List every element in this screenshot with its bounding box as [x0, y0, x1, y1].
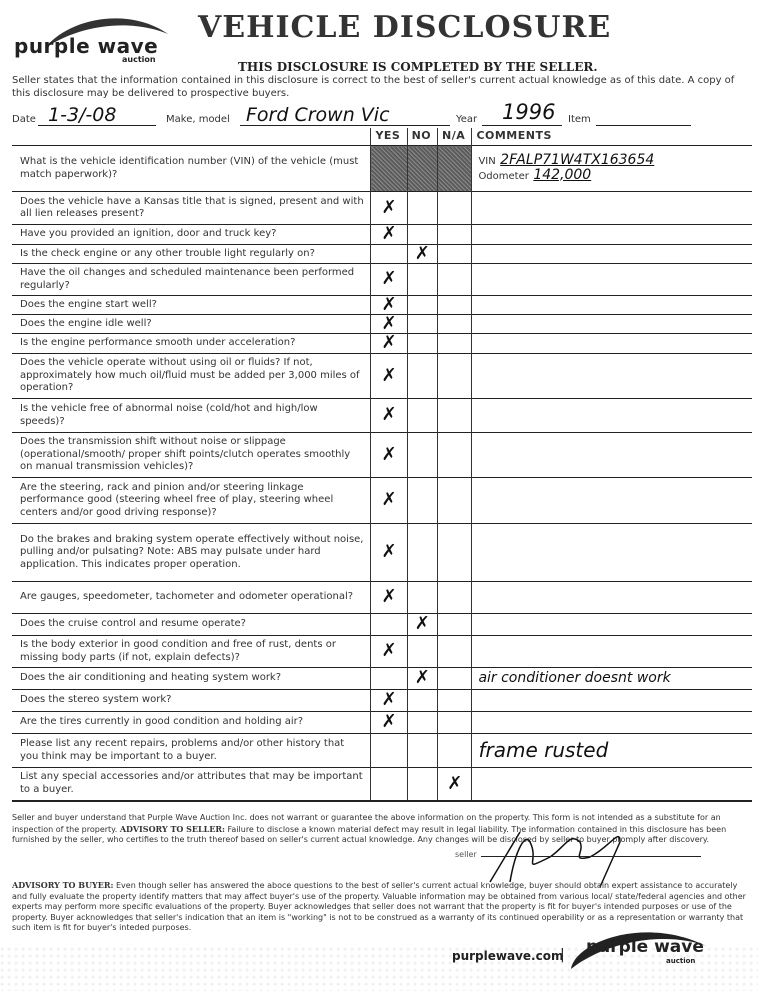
table-row: Does the engine idle well?✗ [12, 315, 752, 334]
date-field[interactable]: 1-3/-08 [48, 104, 116, 126]
make-model-field[interactable]: Ford Crown Vic [246, 104, 390, 126]
vehicle-fields: Date 1-3/-08 Make, model Ford Crown Vic … [12, 106, 752, 126]
item-underline [596, 125, 691, 126]
no-checkbox[interactable] [407, 192, 437, 225]
no-header: NO [407, 128, 437, 146]
table-row: Have the oil changes and scheduled maint… [12, 264, 752, 296]
comment-field[interactable] [472, 334, 752, 354]
comment-field[interactable] [472, 614, 752, 636]
year-label: Year [456, 114, 477, 125]
question-text: Does the engine idle well? [12, 315, 371, 334]
question-header [12, 128, 371, 146]
comment-field[interactable] [472, 768, 752, 801]
no-checkbox[interactable] [407, 712, 437, 734]
na-checkbox[interactable] [438, 192, 472, 225]
yes-checkbox[interactable]: ✗ [371, 433, 407, 478]
question-text: Does the stereo system work? [12, 690, 371, 712]
yes-checkbox[interactable]: ✗ [371, 296, 407, 315]
yes-checkbox[interactable]: ✗ [371, 582, 407, 614]
no-checkbox[interactable] [407, 524, 437, 582]
table-row: Does the transmission shift without nois… [12, 433, 752, 478]
vin-row: What is the vehicle identification numbe… [12, 146, 752, 192]
table-row: Does the vehicle operate without using o… [12, 354, 752, 399]
footer-logo-brand: purple wave [586, 937, 704, 957]
yes-checkbox[interactable] [371, 245, 407, 264]
page-title: VEHICLE DISCLOSURE [198, 10, 611, 45]
comment-field[interactable] [472, 315, 752, 334]
na-checkbox[interactable] [438, 433, 472, 478]
vin-label: VIN [478, 156, 495, 167]
question-text: List any special accessories and/or attr… [12, 768, 371, 801]
date-label: Date [12, 114, 36, 125]
yes-checkbox[interactable]: ✗ [371, 334, 407, 354]
yes-checkbox[interactable]: ✗ [371, 399, 407, 433]
odometer-label: Odometer [478, 171, 528, 182]
table-row: Does the stereo system work?✗ [12, 690, 752, 712]
question-text: Does the engine start well? [12, 296, 371, 315]
signature-underline [481, 856, 701, 857]
yes-checkbox[interactable]: ✗ [371, 264, 407, 296]
na-checkbox[interactable] [438, 712, 472, 734]
question-text: Please list any recent repairs, problems… [12, 734, 371, 768]
yes-checkbox[interactable]: ✗ [371, 478, 407, 524]
yes-checkbox[interactable]: ✗ [371, 225, 407, 245]
comment-field[interactable] [472, 192, 752, 225]
item-label: Item [568, 114, 591, 125]
make-model-label: Make, model [166, 114, 230, 125]
na-header: N/A [438, 128, 472, 146]
comment-field[interactable] [472, 690, 752, 712]
logo-sub: auction [122, 55, 156, 64]
question-text: Have the oil changes and scheduled maint… [12, 264, 371, 296]
no-checkbox[interactable] [407, 734, 437, 768]
buyer-advisory-label: ADVISORY TO BUYER: [12, 880, 113, 890]
year-underline [482, 125, 562, 126]
na-checkbox[interactable] [438, 668, 472, 690]
question-text: Does the vehicle have a Kansas title tha… [12, 192, 371, 225]
comment-field[interactable]: frame rusted [472, 734, 752, 768]
table-row: Are gauges, speedometer, tachometer and … [12, 582, 752, 614]
na-checkbox[interactable] [438, 315, 472, 334]
footer: purplewave.com | purple wave auction [0, 945, 758, 991]
comment-field[interactable] [472, 478, 752, 524]
na-checkbox[interactable] [438, 582, 472, 614]
na-checkbox[interactable] [438, 264, 472, 296]
comments-header: COMMENTS [472, 128, 752, 146]
table-header-row: YES NO N/A COMMENTS [12, 128, 752, 146]
yes-checkbox[interactable] [371, 668, 407, 690]
yes-checkbox[interactable]: ✗ [371, 712, 407, 734]
vin-comments: VIN 2FALP71W4TX163654 Odometer 142,000 [472, 146, 752, 192]
comment-field[interactable] [472, 636, 752, 668]
question-text: Is the check engine or any other trouble… [12, 245, 371, 264]
yes-checkbox[interactable] [371, 614, 407, 636]
comment-field[interactable] [472, 296, 752, 315]
comment-field[interactable] [472, 712, 752, 734]
no-checkbox[interactable] [407, 264, 437, 296]
question-text: Are the tires currently in good conditio… [12, 712, 371, 734]
yes-checkbox[interactable] [371, 734, 407, 768]
question-text: Does the cruise control and resume opera… [12, 614, 371, 636]
question-text: Is the body exterior in good condition a… [12, 636, 371, 668]
table-row: Have you provided an ignition, door and … [12, 225, 752, 245]
vin-yes-shaded [371, 146, 407, 192]
footer-logo: purple wave auction [566, 921, 716, 981]
question-text: Does the vehicle operate without using o… [12, 354, 371, 399]
no-checkbox[interactable] [407, 296, 437, 315]
question-text: Do the brakes and braking system operate… [12, 524, 371, 582]
no-checkbox[interactable] [407, 478, 437, 524]
no-checkbox[interactable] [407, 354, 437, 399]
no-checkbox[interactable]: ✗ [407, 245, 437, 264]
na-checkbox[interactable] [438, 524, 472, 582]
table-row: Are the steering, rack and pinion and/or… [12, 478, 752, 524]
question-text: Are gauges, speedometer, tachometer and … [12, 582, 371, 614]
table-row: Are the tires currently in good conditio… [12, 712, 752, 734]
no-checkbox[interactable] [407, 636, 437, 668]
yes-checkbox[interactable]: ✗ [371, 636, 407, 668]
vin-na-shaded [438, 146, 472, 192]
seller-label: seller [455, 850, 477, 859]
purple-wave-logo: purple wave auction [12, 12, 182, 72]
table-row: Is the body exterior in good condition a… [12, 636, 752, 668]
no-checkbox[interactable] [407, 582, 437, 614]
table-row: Is the vehicle free of abnormal noise (c… [12, 399, 752, 433]
no-checkbox[interactable] [407, 315, 437, 334]
yes-checkbox[interactable]: ✗ [371, 192, 407, 225]
no-checkbox[interactable]: ✗ [407, 614, 437, 636]
no-checkbox[interactable] [407, 225, 437, 245]
table-row: Is the check engine or any other trouble… [12, 245, 752, 264]
table-row: Is the engine performance smooth under a… [12, 334, 752, 354]
yes-checkbox[interactable] [371, 768, 407, 801]
comment-field[interactable]: air conditioner doesnt work [472, 668, 752, 690]
na-checkbox[interactable] [438, 734, 472, 768]
vin-no-shaded [407, 146, 437, 192]
question-text: Have you provided an ignition, door and … [12, 225, 371, 245]
footer-url-link[interactable]: purplewave.com [452, 949, 563, 963]
comment-field[interactable] [472, 264, 752, 296]
no-checkbox[interactable] [407, 334, 437, 354]
na-checkbox[interactable] [438, 636, 472, 668]
yes-checkbox[interactable]: ✗ [371, 354, 407, 399]
na-checkbox[interactable] [438, 478, 472, 524]
seller-signature-line[interactable]: seller [455, 850, 701, 859]
intro-text: Seller states that the information conta… [12, 74, 747, 100]
na-checkbox[interactable] [438, 296, 472, 315]
disclosure-table: YES NO N/A COMMENTS What is the vehicle … [12, 128, 752, 802]
na-checkbox[interactable] [438, 354, 472, 399]
year-field[interactable]: 1996 [502, 100, 555, 124]
na-checkbox[interactable]: ✗ [438, 768, 472, 801]
comment-field[interactable] [472, 524, 752, 582]
no-checkbox[interactable] [407, 690, 437, 712]
table-row: Does the engine start well?✗ [12, 296, 752, 315]
table-row: Please list any recent repairs, problems… [12, 734, 752, 768]
question-text: Does the air conditioning and heating sy… [12, 668, 371, 690]
odometer-field[interactable]: 142,000 [533, 167, 591, 183]
na-checkbox[interactable] [438, 245, 472, 264]
seller-advisory-label: ADVISORY TO SELLER: [120, 824, 225, 834]
comment-field[interactable] [472, 354, 752, 399]
na-checkbox[interactable] [438, 399, 472, 433]
question-text: Does the transmission shift without nois… [12, 433, 371, 478]
footer-logo-sub: auction [666, 957, 695, 965]
table-row: Does the cruise control and resume opera… [12, 614, 752, 636]
na-checkbox[interactable] [438, 614, 472, 636]
yes-checkbox[interactable]: ✗ [371, 524, 407, 582]
comment-field[interactable] [472, 433, 752, 478]
comment-field[interactable] [472, 245, 752, 264]
comment-field[interactable] [472, 225, 752, 245]
comment-field[interactable] [472, 399, 752, 433]
table-row: Do the brakes and braking system operate… [12, 524, 752, 582]
na-checkbox[interactable] [438, 334, 472, 354]
no-checkbox[interactable] [407, 433, 437, 478]
yes-checkbox[interactable]: ✗ [371, 315, 407, 334]
question-text: Is the engine performance smooth under a… [12, 334, 371, 354]
table-row: Does the air conditioning and heating sy… [12, 668, 752, 690]
footer-separator: | [560, 947, 565, 963]
page-subtitle: THIS DISCLOSURE IS COMPLETED BY THE SELL… [238, 60, 598, 74]
question-text: Are the steering, rack and pinion and/or… [12, 478, 371, 524]
na-checkbox[interactable] [438, 225, 472, 245]
na-checkbox[interactable] [438, 690, 472, 712]
no-checkbox[interactable] [407, 768, 437, 801]
table-row: List any special accessories and/or attr… [12, 768, 752, 801]
yes-checkbox[interactable]: ✗ [371, 690, 407, 712]
comment-field[interactable] [472, 582, 752, 614]
question-text: Is the vehicle free of abnormal noise (c… [12, 399, 371, 433]
no-checkbox[interactable] [407, 399, 437, 433]
vin-question: What is the vehicle identification numbe… [12, 146, 371, 192]
yes-header: YES [371, 128, 407, 146]
no-checkbox[interactable]: ✗ [407, 668, 437, 690]
table-row: Does the vehicle have a Kansas title tha… [12, 192, 752, 225]
